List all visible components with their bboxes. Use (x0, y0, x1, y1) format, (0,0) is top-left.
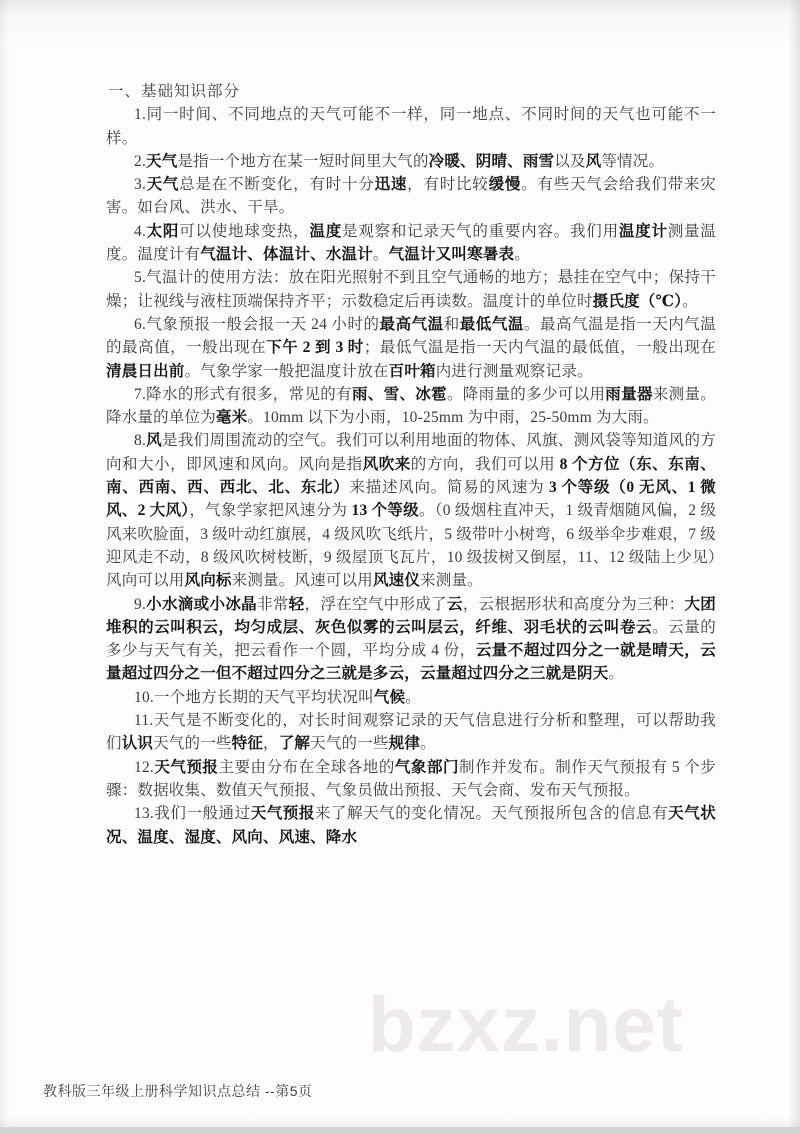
paragraph: 13.我们一般通过天气预报来了解天气的变化情况。天气预报所包含的信息有天气状况、… (106, 802, 716, 849)
paragraph: 11.天气是不断变化的，对长时间观察记录的天气信息进行分析和整理，可以帮助我们认… (106, 709, 716, 756)
scan-left-shading (0, 0, 10, 1134)
paragraph: 8.风是我们周围流动的空气。我们可以利用地面的物体、风旗、测风袋等知道风的方向和… (106, 429, 716, 592)
scan-right-shading (788, 0, 800, 1134)
paragraph: 12.天气预报主要由分布在全球各地的气象部门制作并发布。制作天气预报有 5 个步… (106, 756, 716, 803)
paragraphs: 1.同一时间、不同地点的天气可能不一样，同一地点、不同时间的天气也可能不一样。2… (106, 103, 716, 849)
section-heading: 一、基础知识部分 (108, 80, 716, 103)
paragraph: 7.降水的形式有很多，常见的有雨、雪、冰雹。降雨量的多少可以用雨量器来测量。降水… (106, 383, 716, 430)
paragraph: 6.气象预报一般会报一天 24 小时的最高气温和最低气温。最高气温是指一天内气温… (106, 313, 716, 383)
paragraph: 3.天气总是在不断变化，有时十分迅速，有时比较缓慢。有些天气会给我们带来灾害。如… (106, 173, 716, 220)
scan-bottom-strip (0, 1127, 800, 1134)
paragraph: 10.一个地方长期的天气平均状况叫气候。 (106, 686, 716, 709)
document-body: 一、基础知识部分 1.同一时间、不同地点的天气可能不一样，同一地点、不同时间的天… (106, 80, 716, 849)
paragraph: 1.同一时间、不同地点的天气可能不一样，同一地点、不同时间的天气也可能不一样。 (106, 103, 716, 150)
paragraph: 2.天气是指一个地方在某一短时间里大气的冷暖、阴晴、雨雪以及风等情况。 (106, 150, 716, 173)
paragraph: 9.小水滴或小冰晶非常轻，浮在空气中形成了云，云根据形状和高度分为三种：大团堆积… (106, 593, 716, 686)
scan-bottom-fade (0, 1117, 800, 1127)
page-footer-text: 教科版三年级上册科学知识点总结 --第5页 (43, 1081, 313, 1101)
paragraph: 5.气温计的使用方法：放在阳光照射不到且空气通畅的地方；悬挂在空气中；保持干燥；… (106, 266, 716, 313)
watermark-text: bzxz.net (368, 985, 748, 1063)
paragraph: 4.太阳可以使地球变热，温度是观察和记录天气的重要内容。我们用温度计测量温度。温… (106, 220, 716, 267)
scan-top-shading (0, 0, 800, 46)
